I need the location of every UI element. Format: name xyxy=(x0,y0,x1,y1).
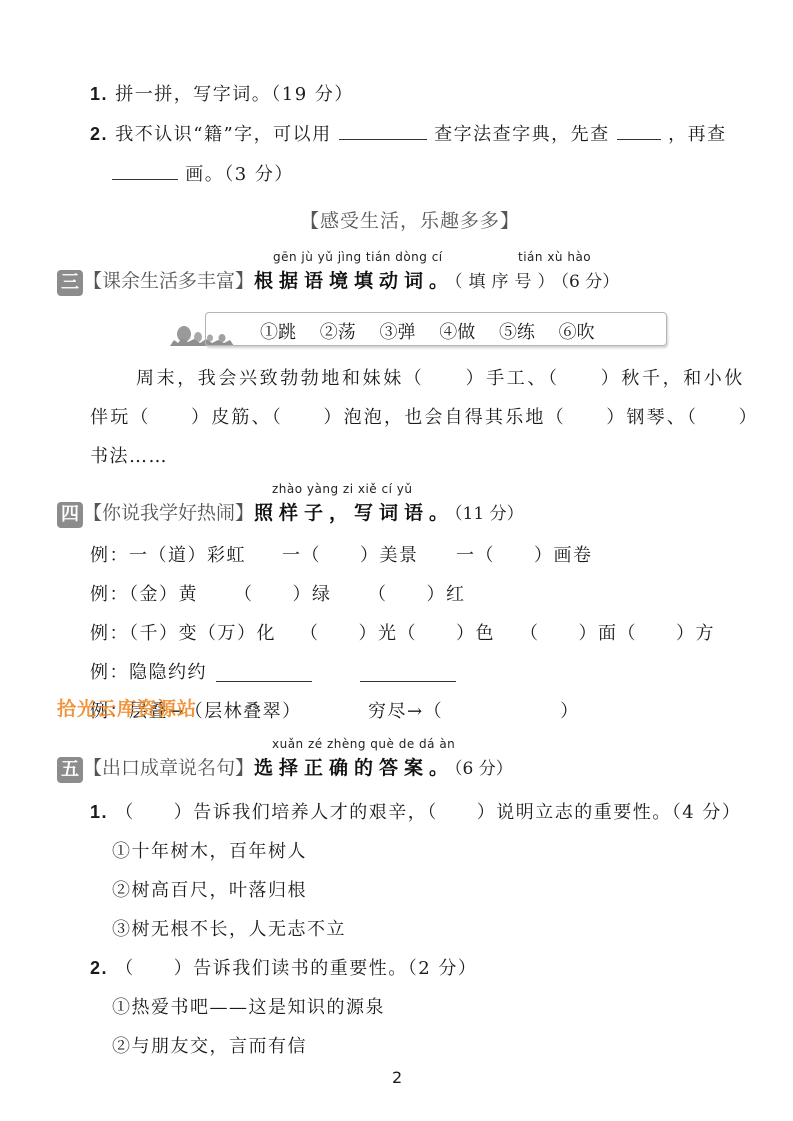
passage-line: 书法…… xyxy=(90,442,168,468)
question-text: 查字法查字典，先查 xyxy=(434,124,610,145)
question-text: （ ）告诉我们培养人才的艰辛，（ ）说明立志的重要性。（4 分） xyxy=(115,802,741,823)
answer-blank[interactable] xyxy=(617,123,661,140)
word-option: ④做 xyxy=(439,322,475,343)
pinyin-annotation: gēn jù yǔ jìng tián dòng cí xyxy=(273,250,443,264)
question-2-cont: 画。（3 分） xyxy=(112,160,294,186)
question-number: 2. xyxy=(90,958,108,978)
section-score: （6 分） xyxy=(561,272,620,292)
example-row: 例：（金）黄 xyxy=(90,580,198,606)
word-option: ⑤练 xyxy=(499,322,535,343)
question-text: 拼一拼，写字词。（19 分） xyxy=(115,84,354,105)
section-heading: 【你说我学好热闹】 xyxy=(83,502,254,524)
pinyin-annotation: xuǎn zé zhèng què de dá àn xyxy=(272,737,455,751)
word-options: ①跳 ②荡 ③弹 ④做 ⑤练 ⑥吹 xyxy=(260,318,613,344)
word-option: ⑥吹 xyxy=(559,322,595,343)
section-instruction: 照样子，写词语。 xyxy=(254,502,454,524)
watermark: 拾光云库资源站 xyxy=(57,694,197,721)
pinyin-annotation: zhào yàng zi xiě cí yǔ xyxy=(272,482,412,496)
section-instruction: 根据语境填动词。 xyxy=(254,270,454,292)
answer-item[interactable]: 一（ ）画卷 xyxy=(456,541,593,567)
choice-item: ②树高百尺，叶落归根 xyxy=(112,876,307,902)
answer-item[interactable]: 穷尽→（ ） xyxy=(368,697,580,723)
passage-line: 伴玩（ ）皮筋、（ ）泡泡，也会自得其乐地（ ）钢琴、（ ） xyxy=(90,403,759,429)
question-2: 2. 我不认识“籍”字，可以用 查字法查字典，先查 ，再查 xyxy=(90,120,727,146)
section-instruction: 选择正确的答案。 xyxy=(254,757,454,779)
example-row: 例：隐隐约约 xyxy=(90,658,207,684)
answer-item[interactable]: （ ）绿 xyxy=(234,580,332,606)
question-text: （ ）告诉我们读书的重要性。（2 分） xyxy=(115,958,477,979)
answer-item[interactable]: 一（ ）美景 xyxy=(282,541,419,567)
section-banner: 【感受生活，乐趣多多】 xyxy=(300,206,520,233)
answer-blank[interactable] xyxy=(112,163,178,180)
section-score: （11 分） xyxy=(454,504,524,524)
word-option: ②荡 xyxy=(320,322,356,343)
example-text: 例：（金）黄 xyxy=(90,584,198,605)
example-text: 例：隐隐约约 xyxy=(90,662,207,683)
section-5-header: 五【出口成章说名句】选择正确的答案。（6 分） xyxy=(57,753,513,783)
pinyin-annotation: tián xù hào xyxy=(518,250,591,264)
choice-item: ③树无根不长，人无志不立 xyxy=(112,915,346,941)
question-text: 画。（3 分） xyxy=(185,164,294,185)
example-text: 例：（千）变（万）化 xyxy=(90,623,276,644)
answer-blank[interactable] xyxy=(360,681,456,682)
choice-item: ①十年树木，百年树人 xyxy=(112,837,307,863)
question-number: 1. xyxy=(90,802,108,822)
section-3-header: 三【课余生活多丰富】根据语境填动词。（填序号）（6 分） xyxy=(57,266,619,296)
question-text: ，再查 xyxy=(668,124,727,145)
page-number: 2 xyxy=(392,1068,402,1087)
answer-item[interactable]: （ ）面（ ）方 xyxy=(520,619,715,645)
example-row: 例：（千）变（万）化 xyxy=(90,619,276,645)
choice-item: ①热爱书吧——这是知识的源泉 xyxy=(112,993,385,1019)
word-option: ①跳 xyxy=(260,322,296,343)
question-1: 1. 拼一拼，写字词。（19 分） xyxy=(90,80,354,106)
answer-blank[interactable] xyxy=(216,681,312,682)
example-row: 例：一（道）彩虹 xyxy=(90,541,246,567)
choice-item: ②与朋友交，言而有信 xyxy=(112,1032,307,1058)
question-text: 我不认识“籍”字，可以用 xyxy=(115,124,331,145)
section-heading: 【出口成章说名句】 xyxy=(83,757,254,779)
answer-item[interactable]: （ ）光（ ）色 xyxy=(300,619,495,645)
answer-item[interactable]: （ ）红 xyxy=(368,580,466,606)
answer-blank[interactable] xyxy=(339,123,427,140)
section-badge: 四 xyxy=(57,502,83,528)
question-2: 2. （ ）告诉我们读书的重要性。（2 分） xyxy=(90,954,477,980)
question-1: 1. （ ）告诉我们培养人才的艰辛，（ ）说明立志的重要性。（4 分） xyxy=(90,798,741,824)
example-text: 例：一（道）彩虹 xyxy=(90,545,246,566)
section-badge: 三 xyxy=(57,270,83,296)
section-score: （6 分） xyxy=(454,759,513,779)
section-instruction-note: （填序号） xyxy=(454,272,561,292)
section-4-header: 四【你说我学好热闹】照样子，写词语。（11 分） xyxy=(57,498,524,528)
word-option: ③弹 xyxy=(379,322,415,343)
question-number: 1. xyxy=(90,84,108,104)
question-number: 2. xyxy=(90,124,108,144)
section-badge: 五 xyxy=(57,757,83,783)
section-heading: 【课余生活多丰富】 xyxy=(83,270,254,292)
passage-line: 周末，我会兴致勃勃地和妹妹（ ）手工、（ ）秋千，和小伙 xyxy=(136,364,745,390)
